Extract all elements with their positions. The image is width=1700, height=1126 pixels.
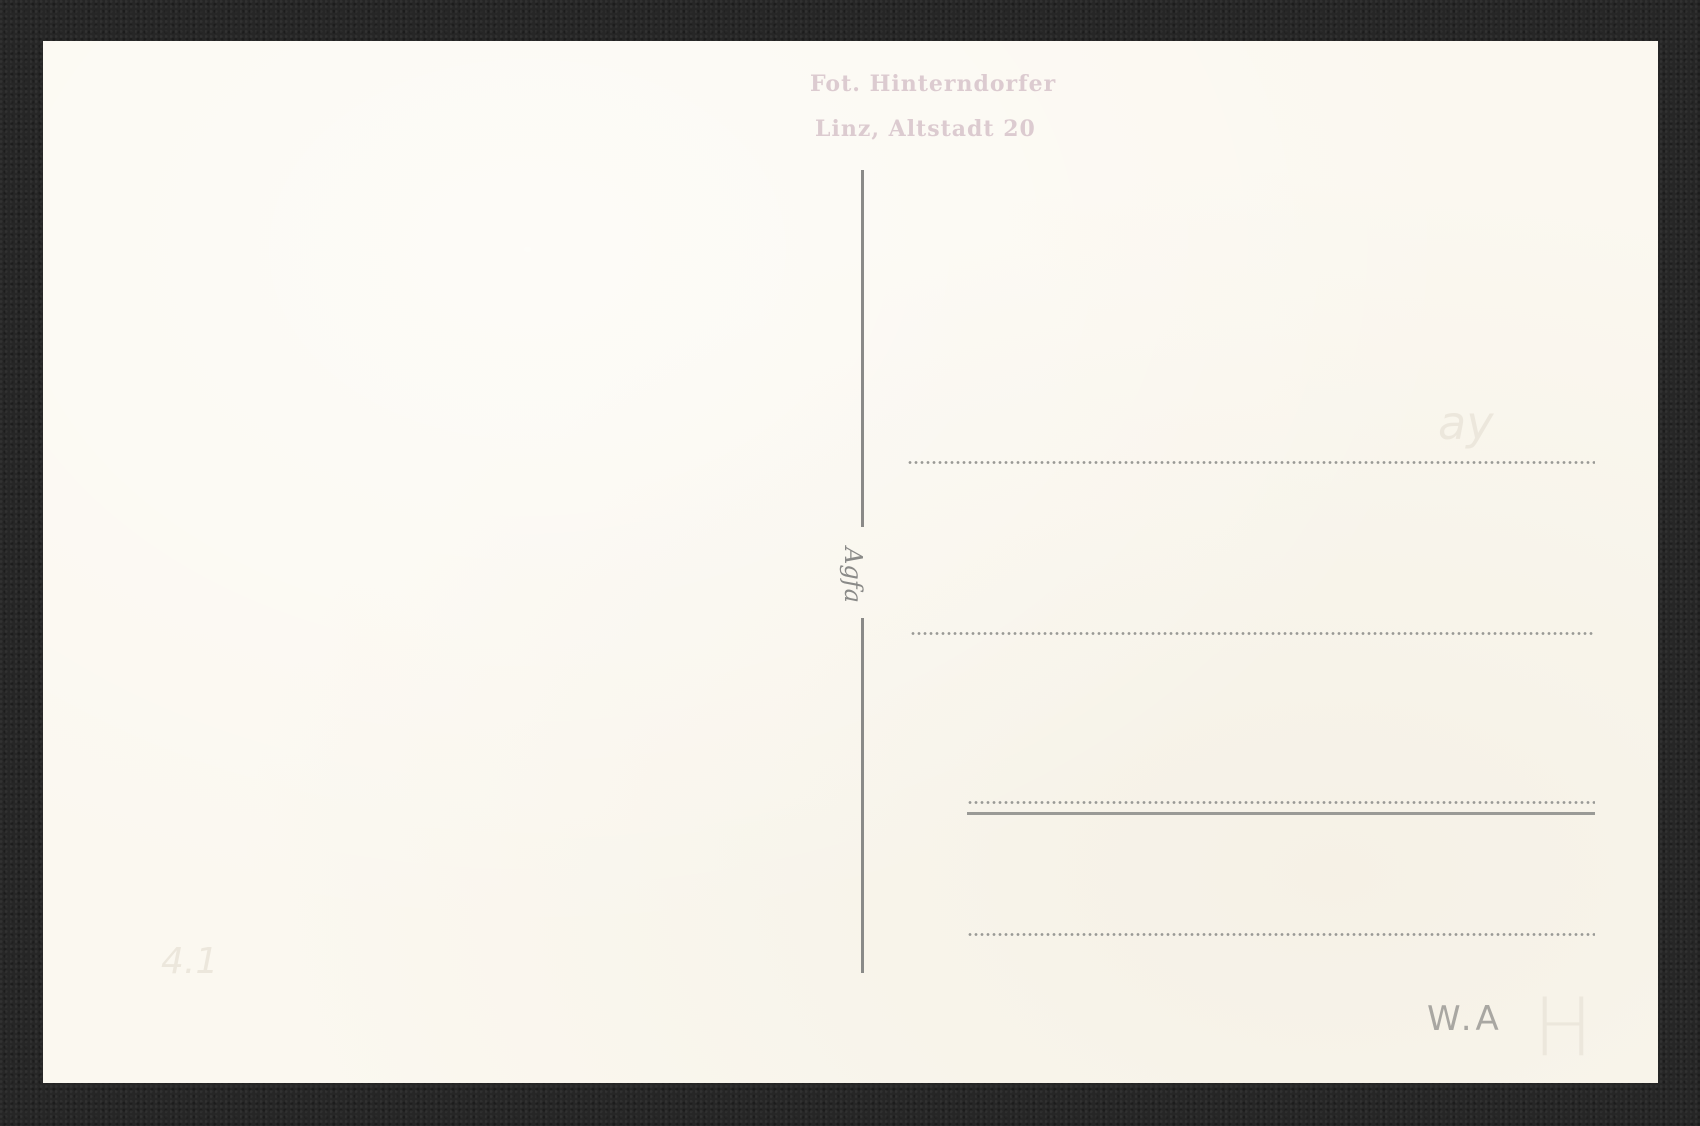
- pencil-mark-left: 4.1: [161, 941, 218, 982]
- address-line-1: [907, 461, 1595, 464]
- divider-line-bottom: [861, 618, 864, 973]
- publisher-stamp-line2: Linz, Altstadt 20: [815, 116, 1036, 142]
- pencil-mark-h: H: [1533, 981, 1593, 1074]
- pencil-mark-wa: W.A: [1427, 999, 1503, 1039]
- address-line-4: [967, 933, 1595, 936]
- divider-line-top: [861, 170, 864, 527]
- address-underline: [967, 812, 1595, 815]
- address-line-2: [910, 632, 1595, 635]
- divider-brand-label: Agfa: [833, 535, 873, 615]
- postcard-back: Fot. Hinterndorfer Linz, Altstadt 20 Agf…: [43, 41, 1658, 1083]
- publisher-stamp-line1: Fot. Hinterndorfer: [810, 71, 1056, 97]
- address-line-3: [967, 801, 1595, 804]
- pencil-mark-ay: ay: [1438, 396, 1493, 450]
